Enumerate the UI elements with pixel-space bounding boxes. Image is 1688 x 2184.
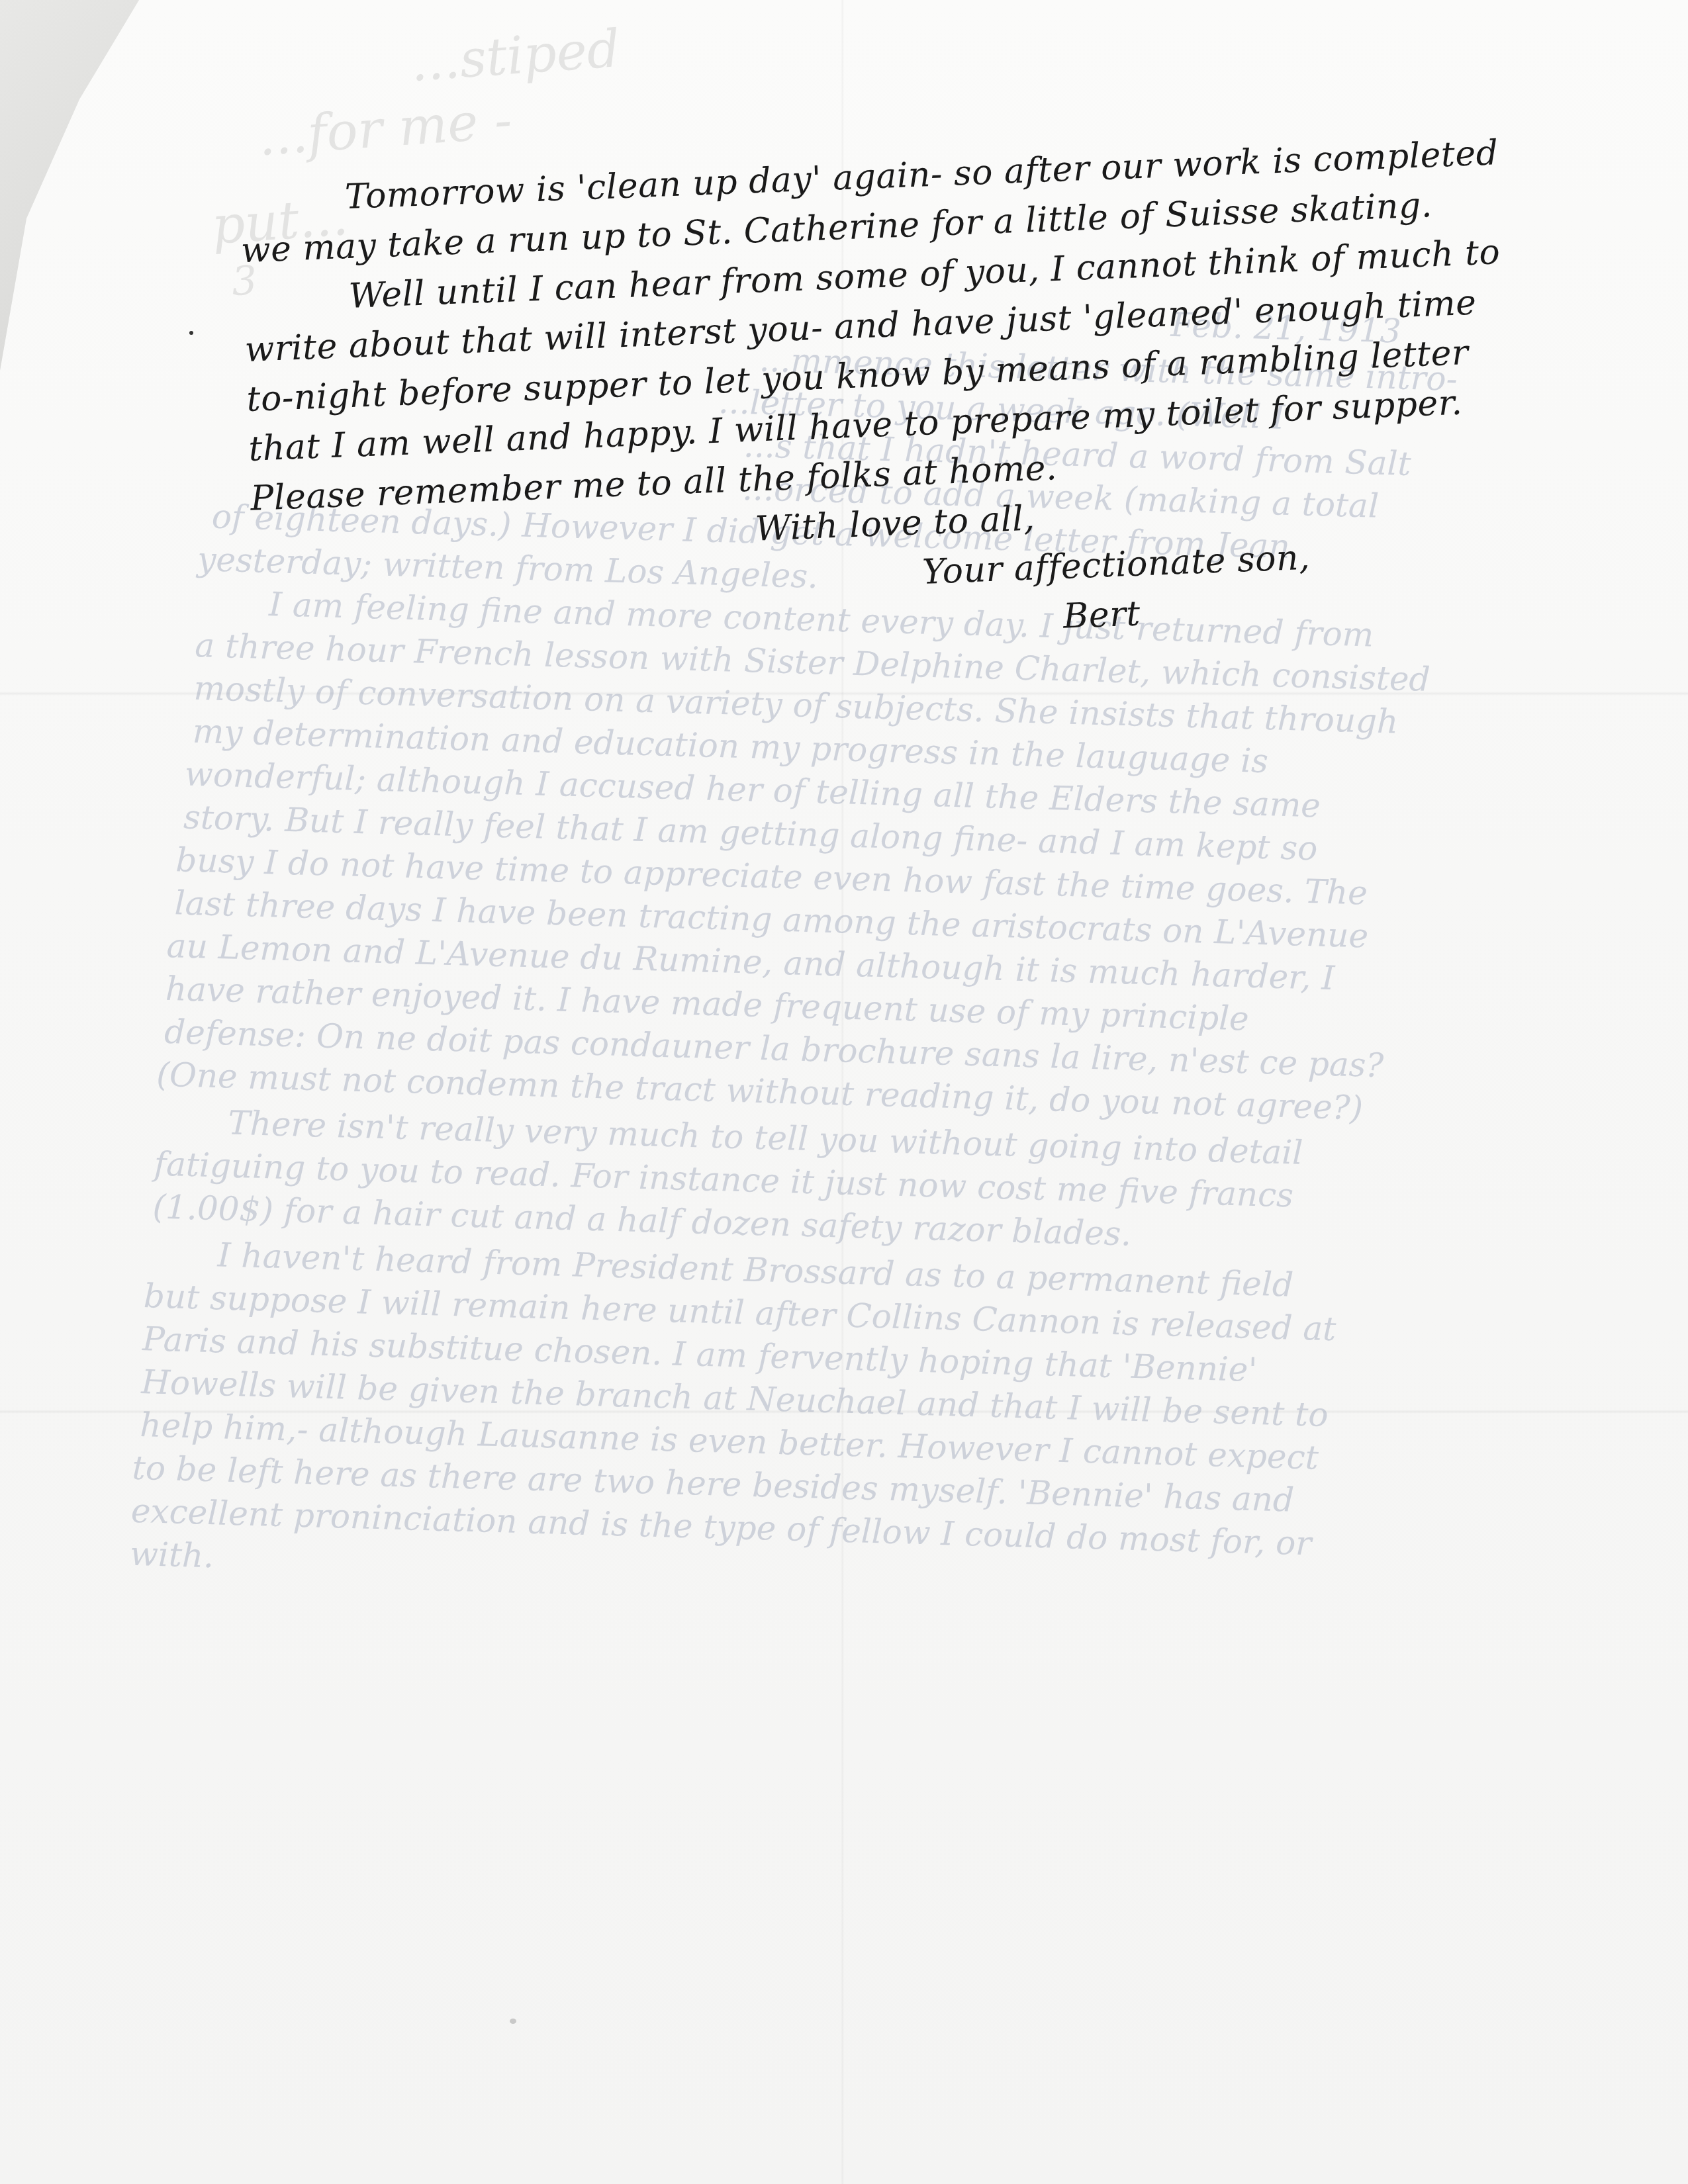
letter-signature: Bert [1062,594,1141,636]
page-mark [510,2019,516,2024]
ink-dot [189,331,193,335]
bleed-line: with. [129,1535,214,1576]
